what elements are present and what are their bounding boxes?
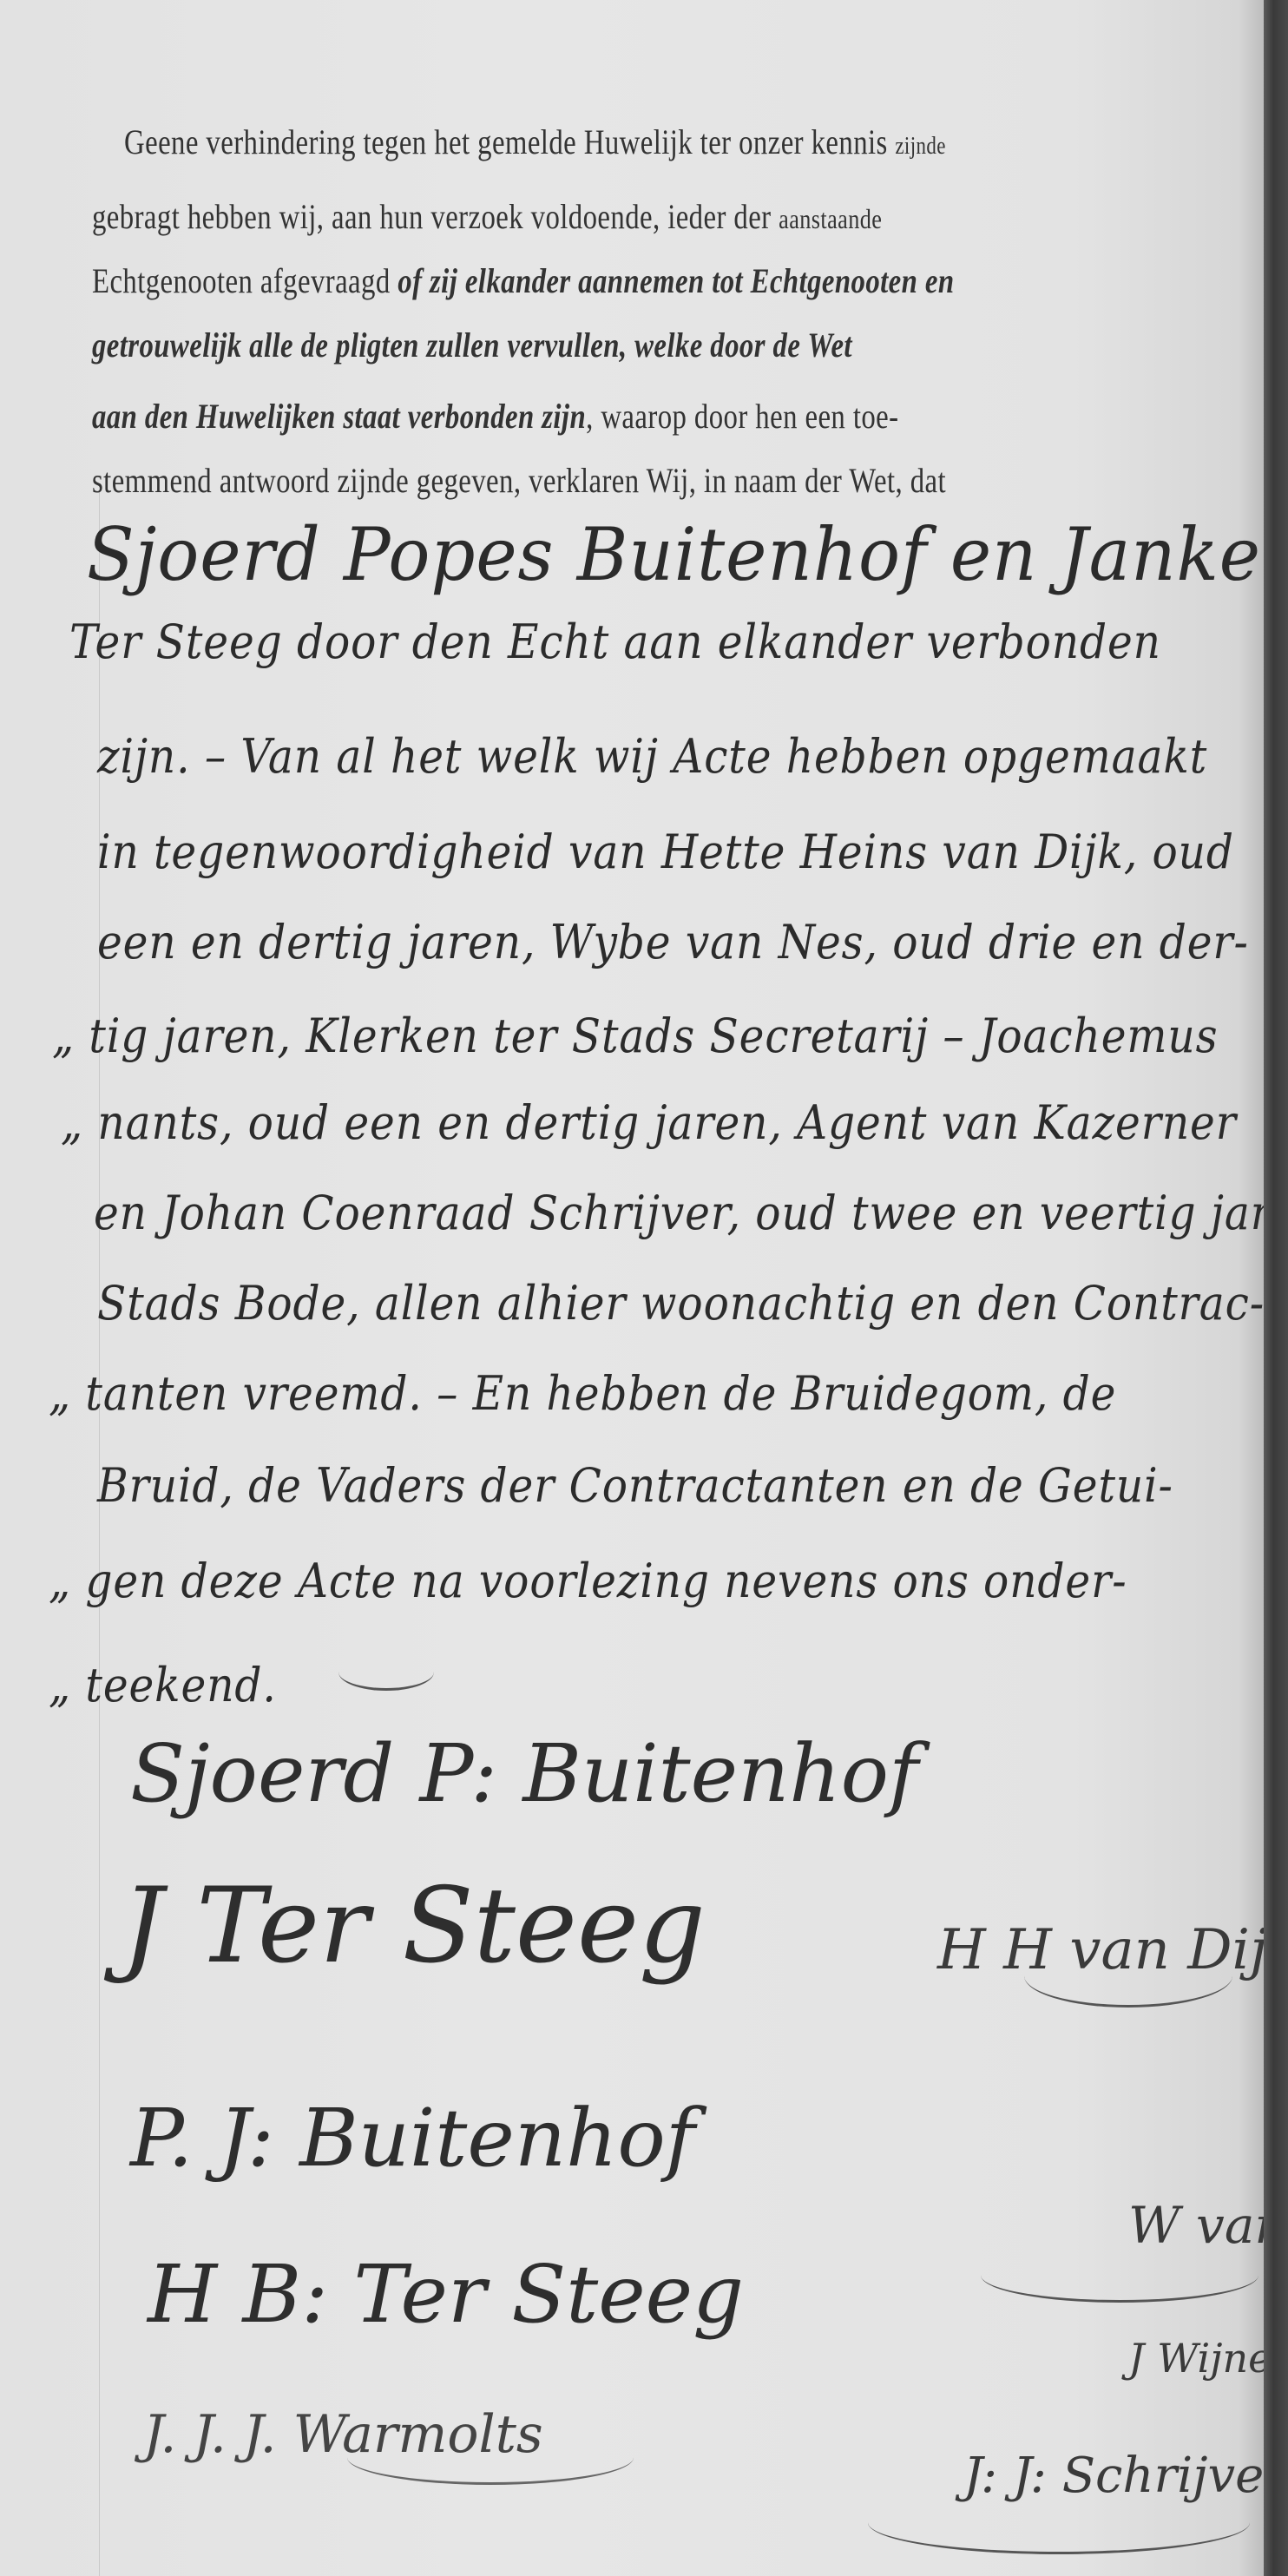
margin-rule: [99, 486, 100, 2576]
flourish-stroke: [981, 2248, 1258, 2303]
document-page: Geene verhindering tegen het gemelde Huw…: [0, 0, 1264, 2576]
handwritten-line: „ tanten vreemd. – En hebben de Bruidego…: [49, 1366, 1116, 1421]
flourish-stroke: [338, 1653, 434, 1691]
handwritten-line: een en dertig jaren, Wybe van Nes, oud d…: [97, 915, 1249, 969]
printed-italic-text: of zij elkander aannemen tot Echtgenoote…: [398, 261, 954, 300]
flourish-stroke: [1024, 1944, 1232, 2008]
signature-groom: Sjoerd P: Buitenhof: [130, 1727, 918, 1820]
handwritten-line: in tegenwoordigheid van Hette Heins van …: [97, 825, 1234, 879]
printed-text-cutoff: aanstaande: [779, 203, 882, 234]
signature-groom-father: P. J: Buitenhof: [130, 2092, 695, 2185]
handwritten-line: „ teekend.: [49, 1658, 277, 1712]
handwritten-line: en Johan Coenraad Schrijver, oud twee en…: [94, 1186, 1288, 1240]
printed-text-cutoff: zijnde: [895, 133, 946, 160]
printed-text: Geene verhindering tegen het gemelde Huw…: [124, 122, 895, 161]
printed-text: stemmend antwoord zijnde gegeven, verkla…: [92, 461, 946, 500]
signature-bride: J Ter Steeg: [122, 1866, 706, 1987]
book-binding-edge: [1264, 0, 1288, 2576]
printed-line-3: Echtgenooten afgevraagd of zij elkander …: [92, 260, 955, 301]
flourish-stroke: [868, 2491, 1250, 2554]
handwritten-line: zijn. – Van al het welk wij Acte hebben …: [97, 729, 1207, 784]
printed-italic-text: getrouwelijk alle de pligten zullen verv…: [92, 325, 852, 365]
flourish-stroke: [347, 2430, 634, 2485]
printed-text: Echtgenooten afgevraagd: [92, 261, 398, 300]
printed-line-6: stemmend antwoord zijnde gegeven, verkla…: [92, 460, 946, 501]
handwritten-line: „ tig jaren, Klerken ter Stads Secretari…: [52, 1009, 1218, 1063]
signature-witness-3: J Wijne: [1128, 2335, 1272, 2382]
signature-bride-father: H B: Ter Steeg: [148, 2248, 744, 2341]
handwritten-line-names: Sjoerd Popes Buitenhof en Janke: [87, 512, 1261, 597]
printed-line-2: gebragt hebben wij, aan hun verzoek vold…: [92, 196, 882, 237]
printed-line-5: aan den Huwelijken staat verbonden zijn,…: [92, 396, 898, 437]
handwritten-line: Bruid, de Vaders der Contractanten en de…: [97, 1458, 1173, 1513]
printed-italic-text: aan den Huwelijken staat verbonden zijn: [92, 397, 586, 436]
printed-line-1: Geene verhindering tegen het gemelde Huw…: [124, 122, 946, 162]
handwritten-line: Ter Steeg door den Echt aan elkander ver…: [69, 614, 1161, 669]
printed-text: gebragt hebben wij, aan hun verzoek vold…: [92, 197, 779, 236]
handwritten-line: „ nants, oud een en dertig jaren, Agent …: [61, 1095, 1237, 1150]
printed-text: , waarop door hen een toe-: [586, 397, 898, 436]
handwritten-line: „ gen deze Acte na voorlezing nevens ons…: [49, 1554, 1127, 1608]
printed-line-4: getrouwelijk alle de pligten zullen verv…: [92, 325, 852, 365]
handwritten-line: Stads Bode, allen alhier woonachtig en d…: [97, 1276, 1265, 1331]
